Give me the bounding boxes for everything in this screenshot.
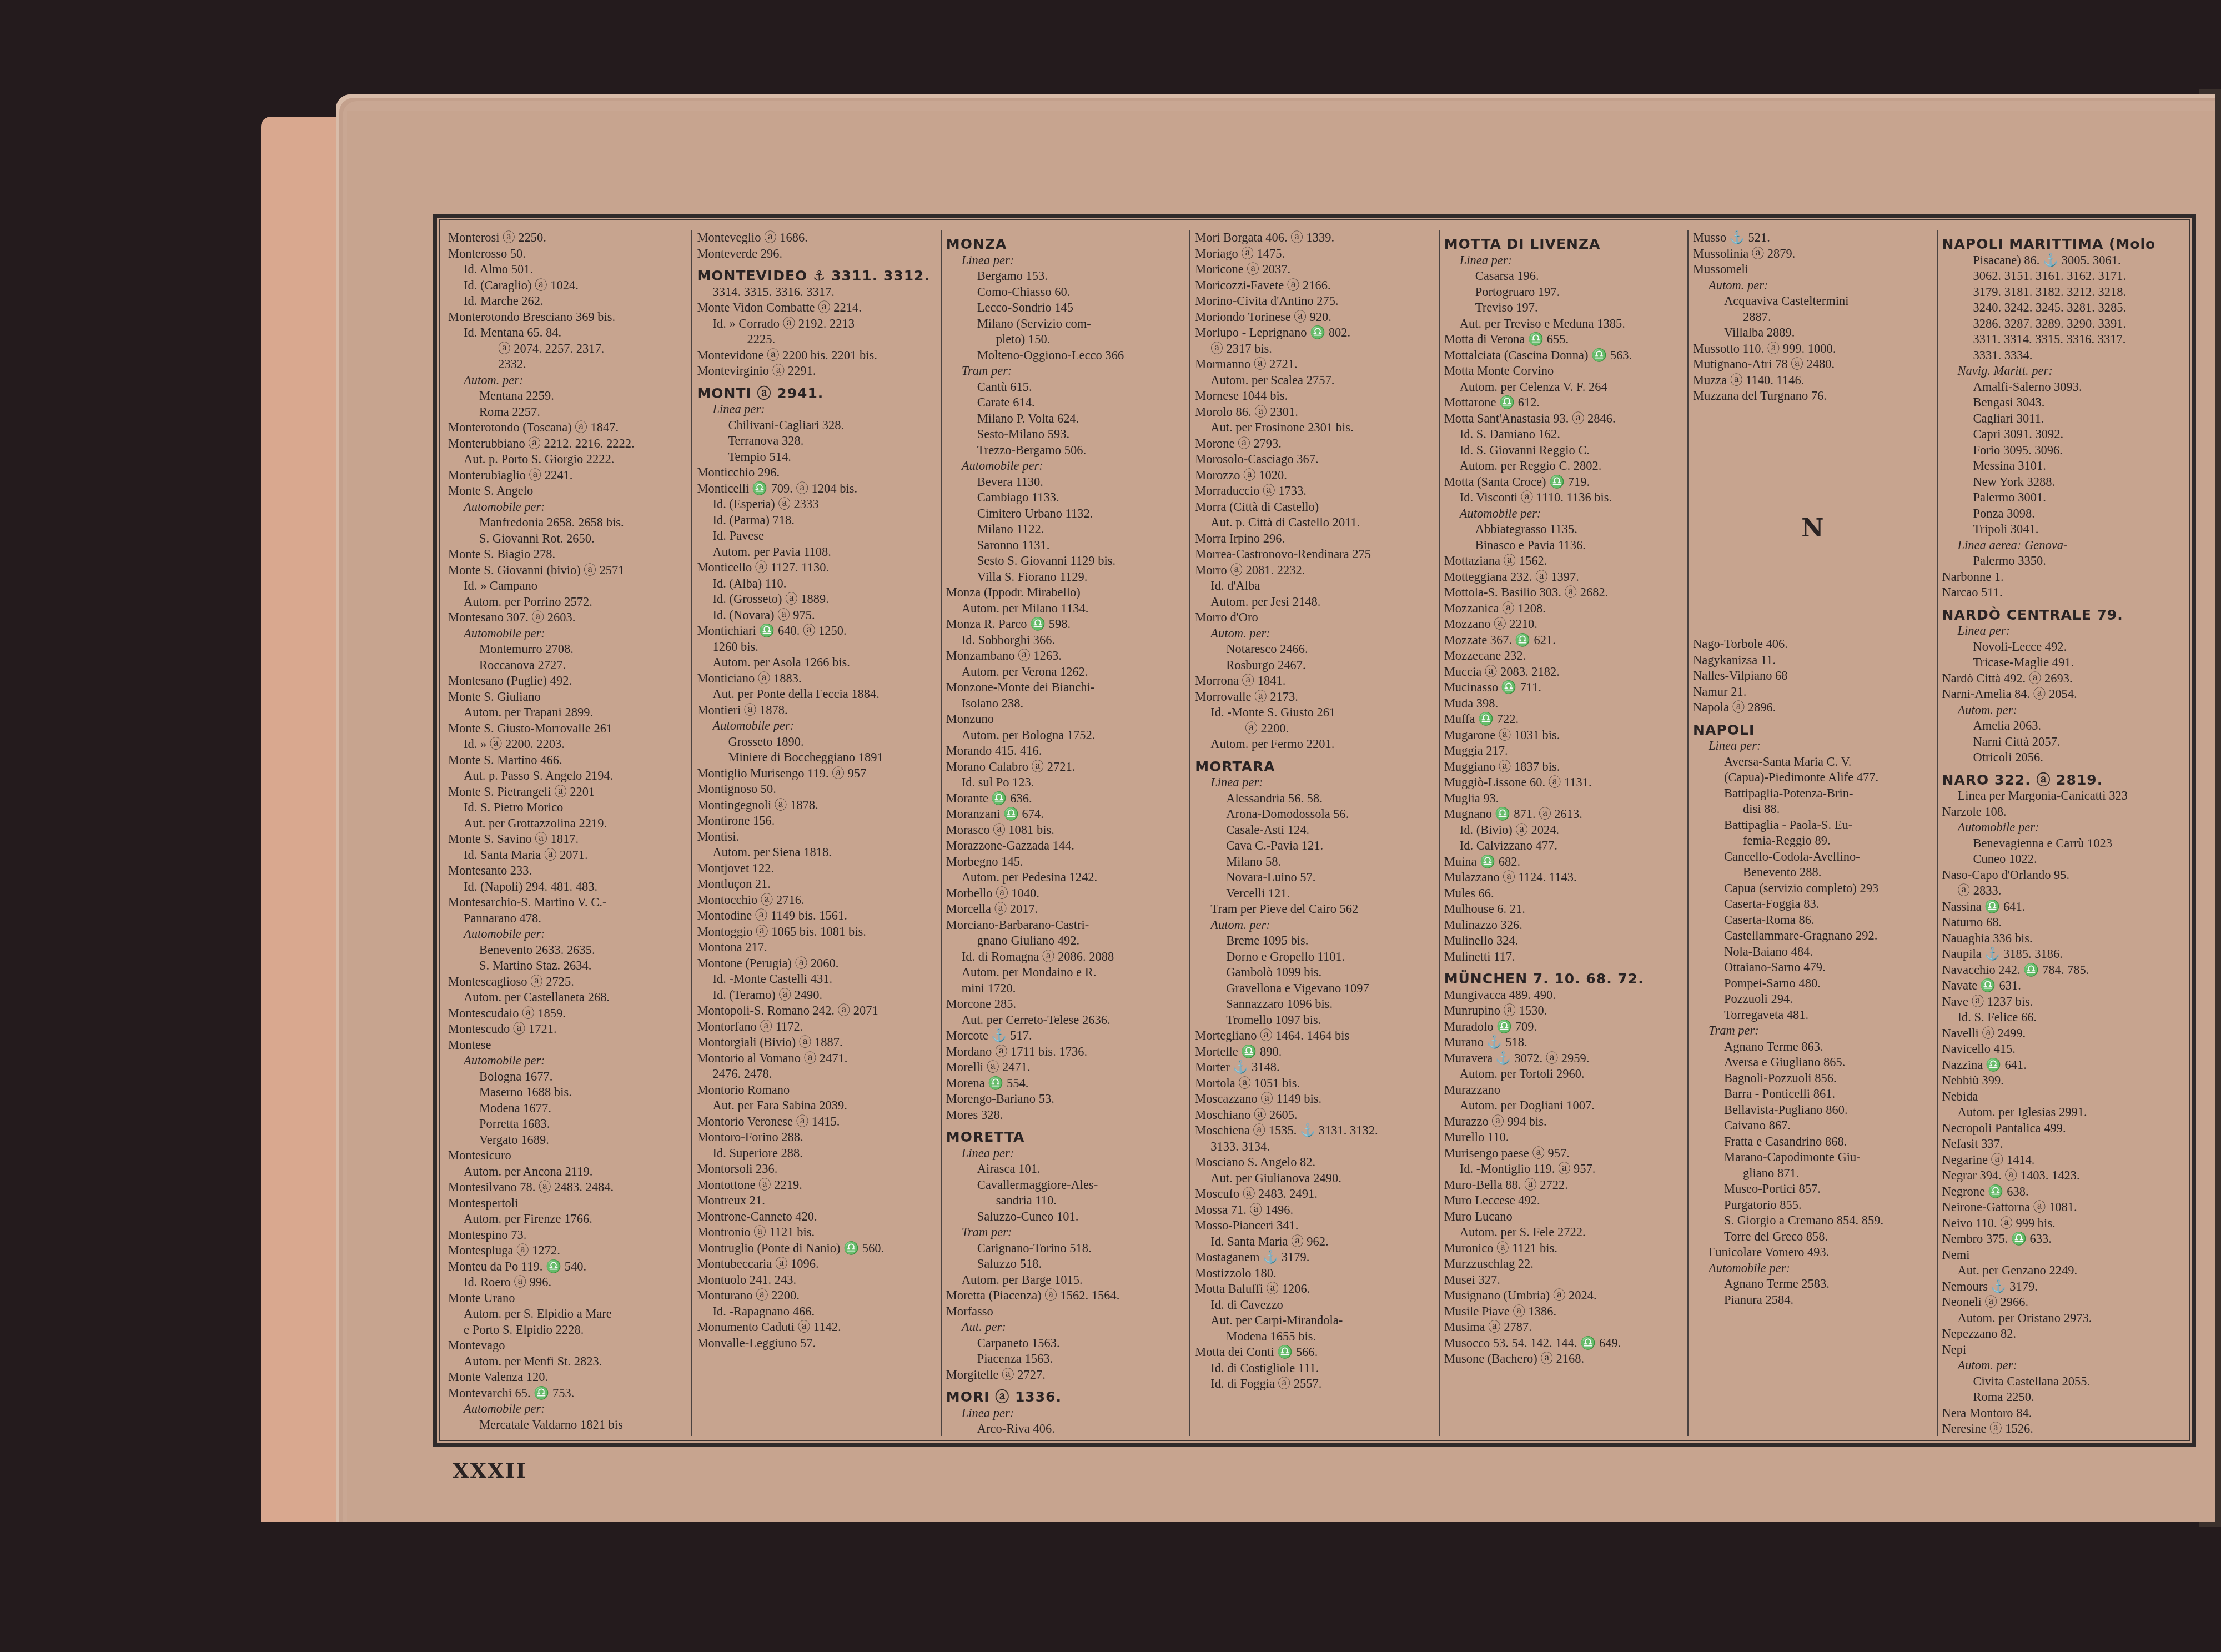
index-entry: Saluzzo 518.: [946, 1256, 1185, 1272]
index-entry: Pompei-Sarno 480.: [1693, 976, 1932, 992]
index-entry: New York 3288.: [1942, 474, 2181, 490]
index-entry: Montronio ⓐ 1121 bis.: [697, 1224, 936, 1241]
index-entry: Piacenza 1563.: [946, 1351, 1185, 1367]
index-entry: Saronno 1131.: [946, 538, 1185, 554]
index-subheading: Autom. per:: [1942, 702, 2181, 719]
index-entry: Linea per Margonia-Canicattì 323: [1942, 788, 2181, 804]
index-subheading: Automobile per:: [1693, 1261, 1932, 1277]
index-entry: Montevirginio ⓐ 2291.: [697, 363, 936, 379]
index-entry: Montorio al Vomano ⓐ 2471.: [697, 1051, 936, 1067]
index-entry: Monzone-Monte dei Bianchi-: [946, 680, 1185, 696]
index-entry: Montesicuro: [448, 1148, 687, 1164]
index-entry: Nembro 375. ♎ 633.: [1942, 1231, 2181, 1247]
index-entry: Autom. per S. Fele 2722.: [1444, 1224, 1683, 1241]
index-entry: Montoggio ⓐ 1065 bis. 1081 bis.: [697, 924, 936, 940]
index-entry: Montluçon 21.: [697, 876, 936, 892]
index-entry: Aut. p. Porto S. Giorgio 2222.: [448, 451, 687, 468]
index-entry: Notaresco 2466.: [1195, 641, 1434, 657]
index-entry: Monza R. Parco ♎ 598.: [946, 616, 1185, 632]
index-entry: Autom. per Castellaneta 268.: [448, 990, 687, 1006]
index-entry: Tricase-Maglie 491.: [1942, 655, 2181, 671]
index-entry: Autom. per S. Elpidio a Mare: [448, 1306, 687, 1322]
index-entry: Mulhouse 6. 21.: [1444, 901, 1683, 917]
index-entry: Mugarone ⓐ 1031 bis.: [1444, 727, 1683, 744]
index-entry: Montuolo 241. 243.: [697, 1272, 936, 1288]
index-entry: Montona 217.: [697, 940, 936, 956]
index-entry: Nemi: [1942, 1247, 2181, 1263]
index-heading: MONTI ⓐ 2941.: [697, 386, 936, 402]
index-entry: Musone (Bachero) ⓐ 2168.: [1444, 1351, 1683, 1367]
index-entry: Tromello 1097 bis.: [1195, 1012, 1434, 1028]
index-entry: S. Giovanni Rot. 2650.: [448, 531, 687, 547]
index-entry: Monzambano ⓐ 1263.: [946, 648, 1185, 664]
index-entry: Montesanto 233.: [448, 863, 687, 879]
column-7: NAPOLI MARITTIMA (MoloPisacane) 86. ⚓ 30…: [1938, 230, 2185, 1436]
index-entry: Vergato 1689.: [448, 1132, 687, 1148]
index-entry: Casarsa 196.: [1444, 268, 1683, 284]
index-entry: Monterosi ⓐ 2250.: [448, 230, 687, 246]
index-entry: Nepi: [1942, 1342, 2181, 1358]
index-entry: Napola ⓐ 2896.: [1693, 700, 1932, 716]
index-entry: Novara-Luino 57.: [1195, 870, 1434, 886]
index-entry: Morano Calabro ⓐ 2721.: [946, 759, 1185, 775]
index-entry: Id. sul Po 123.: [946, 775, 1185, 791]
index-entry: Musignano (Umbria) ⓐ 2024.: [1444, 1288, 1683, 1304]
index-entry: Musso ⚓ 521.: [1693, 230, 1932, 246]
index-subheading: Tram per:: [1693, 1023, 1932, 1039]
index-entry: Aut. per Giulianova 2490.: [1195, 1171, 1434, 1187]
index-entry: Autom. per Jesi 2148.: [1195, 594, 1434, 610]
index-entry: Mosciano S. Angelo 82.: [1195, 1154, 1434, 1171]
index-entry: Id. di Romagna ⓐ 2086. 2088: [946, 949, 1185, 965]
index-entry: Chilivani-Cagliari 328.: [697, 418, 936, 434]
index-entry: Id. (Novara) ⓐ 975.: [697, 607, 936, 624]
index-entry: Montruglio (Ponte di Nanio) ♎ 560.: [697, 1241, 936, 1257]
index-entry: Motteggiana 232. ⓐ 1397.: [1444, 569, 1683, 585]
index-entry: Id. Sobborghi 366.: [946, 632, 1185, 649]
index-entry: Monticchio 296.: [697, 465, 936, 481]
index-entry: Museo-Portici 857.: [1693, 1181, 1932, 1197]
index-entry: Arona-Domodossola 56.: [1195, 806, 1434, 822]
index-subheading: Navig. Maritt. per:: [1942, 363, 2181, 379]
index-entry: Mordano ⓐ 1711 bis. 1736.: [946, 1044, 1185, 1060]
index-entry: Monte S. Angelo: [448, 483, 687, 499]
index-entry: Monticiano ⓐ 1883.: [697, 671, 936, 687]
index-entry: Muina ♎ 682.: [1444, 854, 1683, 870]
index-entry: Morrona ⓐ 1841.: [1195, 673, 1434, 689]
index-entry: Carate 614.: [946, 395, 1185, 411]
index-entry: Messina 3101.: [1942, 458, 2181, 474]
index-entry: Autom. per Dogliani 1007.: [1444, 1098, 1683, 1114]
index-entry: Aut. p. Città di Castello 2011.: [1195, 515, 1434, 531]
index-entry: Id. Visconti ⓐ 1110. 1136 bis.: [1444, 490, 1683, 506]
index-entry: Forio 3095. 3096.: [1942, 443, 2181, 459]
index-entry: Bevera 1130.: [946, 474, 1185, 490]
index-entry: Agnano Terme 2583.: [1693, 1276, 1932, 1292]
index-entry: Autom. per Menfi St. 2823.: [448, 1354, 687, 1370]
index-entry: Monumento Caduti ⓐ 1142.: [697, 1319, 936, 1335]
index-entry: Ottaiano-Sarno 479.: [1693, 960, 1932, 976]
index-entry: Montignoso 50.: [697, 781, 936, 797]
index-entry: 3179. 3181. 3182. 3212. 3218.: [1942, 284, 2181, 300]
index-entry: Narcao 511.: [1942, 585, 2181, 601]
index-entry: Id. S. Felice 66.: [1942, 1010, 2181, 1026]
index-entry: Cantù 615.: [946, 379, 1185, 395]
column-5: MOTTA DI LIVENZALinea per:Casarsa 196.Po…: [1440, 230, 1689, 1436]
index-entry: Id. di Foggia ⓐ 2557.: [1195, 1376, 1434, 1392]
index-entry: Como-Chiasso 60.: [946, 284, 1185, 300]
index-entry: Pianura 2584.: [1693, 1292, 1932, 1308]
index-entry: Moretta (Piacenza) ⓐ 1562. 1564.: [946, 1288, 1185, 1304]
index-entry: Cagliari 3011.: [1942, 411, 2181, 427]
index-entry: Motta di Verona ♎ 655.: [1444, 332, 1683, 348]
index-entry: Mostizzolo 180.: [1195, 1266, 1434, 1282]
index-entry: Morbello ⓐ 1040.: [946, 886, 1185, 902]
index-entry: Bengasi 3043.: [1942, 395, 2181, 411]
index-entry: Agnano Terme 863.: [1693, 1039, 1932, 1055]
index-entry: Montorfano ⓐ 1172.: [697, 1019, 936, 1035]
index-heading: NARO 322. ⓐ 2819.: [1942, 772, 2181, 789]
index-subheading: Autom. per:: [1195, 917, 1434, 933]
index-entry: 1260 bis.: [697, 639, 936, 655]
index-subheading: Tram per:: [946, 1224, 1185, 1241]
index-entry: Nauaghia 336 bis.: [1942, 931, 2181, 947]
index-entry: Mucinasso ♎ 711.: [1444, 680, 1683, 696]
index-entry: Naso-Capo d'Orlando 95.: [1942, 867, 2181, 883]
page-number: XXXII: [453, 1458, 527, 1483]
index-entry: Id. S. Giovanni Reggio C.: [1444, 443, 1683, 459]
index-entry: Villa S. Fiorano 1129.: [946, 569, 1185, 585]
index-subheading: Autom. per:: [1195, 626, 1434, 642]
index-heading: MOTTA DI LIVENZA: [1444, 237, 1683, 253]
index-entry: Milano (Servizio com-: [946, 316, 1185, 332]
index-entry: Montone (Perugia) ⓐ 2060.: [697, 956, 936, 972]
index-entry: Milano 58.: [1195, 854, 1434, 870]
index-entry: Aut. per Genzano 2249.: [1942, 1263, 2181, 1279]
index-entry: 3133. 3134.: [1195, 1139, 1434, 1155]
index-entry: Castellammare-Gragnano 292.: [1693, 928, 1932, 944]
index-entry: Morro ⓐ 2081. 2232.: [1195, 563, 1434, 579]
index-entry: Capri 3091. 3092.: [1942, 426, 2181, 443]
index-entry: Binasco e Pavia 1136.: [1444, 538, 1683, 554]
index-entry: Montodine ⓐ 1149 bis. 1561.: [697, 908, 936, 924]
index-entry: Monterosso 50.: [448, 246, 687, 262]
index-entry: Morosolo-Casciago 367.: [1195, 451, 1434, 468]
index-entry: Aut. per Carpi-Mirandola-: [1195, 1313, 1434, 1329]
index-entry: Funicolare Vomero 493.: [1693, 1244, 1932, 1261]
index-entry: Montespino 73.: [448, 1227, 687, 1243]
index-entry: Muglia 93.: [1444, 791, 1683, 807]
index-entry: Morcote ⚓ 517.: [946, 1028, 1185, 1044]
index-entry: Otricoli 2056.: [1942, 750, 2181, 766]
index-entry: Caserta-Roma 86.: [1693, 912, 1932, 928]
index-entry: Navate ♎ 631.: [1942, 978, 2181, 994]
index-entry: Narbonne 1.: [1942, 569, 2181, 585]
index-subheading: Automobile per:: [946, 458, 1185, 474]
index-entry: Murisengo paese ⓐ 957.: [1444, 1146, 1683, 1162]
index-entry: Id. (Esperia) ⓐ 2333: [697, 496, 936, 513]
index-entry: Montorsoli 236.: [697, 1161, 936, 1177]
index-entry: disi 88.: [1693, 801, 1932, 817]
index-subheading: Linea per:: [1444, 253, 1683, 269]
index-entry: Autom. per Fermo 2201.: [1195, 736, 1434, 752]
index-entry: Negrone ♎ 638.: [1942, 1184, 2181, 1200]
index-entry: Civita Castellana 2055.: [1942, 1374, 2181, 1390]
index-entry: Torre del Greco 858.: [1693, 1229, 1932, 1245]
index-entry: Montesano (Puglie) 492.: [448, 673, 687, 689]
index-heading: MONZA: [946, 237, 1185, 253]
index-entry: Moscufo ⓐ 2483. 2491.: [1195, 1186, 1434, 1202]
index-entry: Autom. per Trapani 2899.: [448, 705, 687, 721]
index-entry: Montespertoli: [448, 1196, 687, 1212]
index-subheading: Autom. per:: [1693, 278, 1932, 294]
index-entry: Id. Mentana 65. 84.: [448, 325, 687, 341]
index-entry: Autom. per Siena 1818.: [697, 845, 936, 861]
index-entry: Muro-Bella 88. ⓐ 2722.: [1444, 1177, 1683, 1193]
index-entry: Portogruaro 197.: [1444, 284, 1683, 300]
index-entry: Manfredonia 2658. 2658 bis.: [448, 515, 687, 531]
index-entry: Mercatale Valdarno 1821 bis: [448, 1417, 687, 1433]
index-entry: Monteu da Po 119. ♎ 540.: [448, 1259, 687, 1275]
index-entry: Id. » ⓐ 2200. 2203.: [448, 736, 687, 752]
index-entry: Neoneli ⓐ 2966.: [1942, 1294, 2181, 1310]
index-entry: Morfasso: [946, 1304, 1185, 1320]
index-entry: Morraduccio ⓐ 1733.: [1195, 483, 1434, 499]
index-entry: Moschiano ⓐ 2605.: [1195, 1107, 1434, 1123]
index-entry: Gravellona e Vigevano 1097: [1195, 981, 1434, 997]
index-entry: Monte S. Biagio 278.: [448, 546, 687, 563]
index-entry: Modena 1677.: [448, 1101, 687, 1117]
index-entry: Monte S. Giusto-Morrovalle 261: [448, 721, 687, 737]
index-entry: Morrovalle ⓐ 2173.: [1195, 689, 1434, 705]
index-entry: Necropoli Pantalica 499.: [1942, 1121, 2181, 1137]
index-entry: Cava C.-Pavia 121.: [1195, 838, 1434, 854]
index-heading: MORTARA: [1195, 759, 1434, 775]
index-entry: Mussomeli: [1693, 262, 1932, 278]
index-entry: Montichiari ♎ 640. ⓐ 1250.: [697, 623, 936, 639]
index-entry: Monte Valenza 120.: [448, 1369, 687, 1385]
index-entry: 2476. 2478.: [697, 1066, 936, 1082]
index-entry: Miniere di Boccheggiano 1891: [697, 750, 936, 766]
index-entry: Mozzano ⓐ 2210.: [1444, 616, 1683, 632]
index-entry: Fratta e Casandrino 868.: [1693, 1134, 1932, 1150]
index-entry: Amelia 2063.: [1942, 718, 2181, 734]
index-entry: Morino-Civita d'Antino 275.: [1195, 293, 1434, 309]
index-entry: Autom. per Ancona 2119.: [448, 1164, 687, 1180]
index-entry: Montiglio Murisengo 119. ⓐ 957: [697, 766, 936, 782]
index-entry: Id. (Caraglio) ⓐ 1024.: [448, 278, 687, 294]
index-columns: Monterosi ⓐ 2250.Monterosso 50.Id. Almo …: [444, 230, 2185, 1436]
index-entry: Id. (Grosseto) ⓐ 1889.: [697, 591, 936, 607]
index-subheading: Linea per:: [1693, 738, 1932, 754]
index-entry: Motta (Santa Croce) ♎ 719.: [1444, 474, 1683, 490]
index-entry: Murazzano: [1444, 1082, 1683, 1098]
index-entry: Morena ♎ 554.: [946, 1076, 1185, 1092]
index-entry: Navicello 415.: [1942, 1041, 2181, 1057]
index-entry: Dorno e Gropello 1101.: [1195, 949, 1434, 965]
index-entry: Id. » Campano: [448, 578, 687, 594]
index-entry: Muda 398.: [1444, 696, 1683, 712]
index-entry: Montevarchi 65. ♎ 753.: [448, 1385, 687, 1402]
index-entry: Autom. per Celenza V. F. 264: [1444, 379, 1683, 395]
index-entry: Caivano 867.: [1693, 1118, 1932, 1134]
index-entry: Navelli ⓐ 2499.: [1942, 1026, 2181, 1042]
index-entry: Mostaganem ⚓ 3179.: [1195, 1249, 1434, 1266]
index-entry: Autom. per Milano 1134.: [946, 601, 1185, 617]
index-entry: Autom. per Mondaino e R.: [946, 965, 1185, 981]
index-entry: Marano-Capodimonte Giu-: [1693, 1149, 1932, 1166]
index-entry: Saluzzo-Cuneo 101.: [946, 1209, 1185, 1225]
index-entry: Mottalciata (Cascina Donna) ♎ 563.: [1444, 348, 1683, 364]
index-entry: Moschiena ⓐ 1535. ⚓ 3131. 3132.: [1195, 1123, 1434, 1139]
index-entry: Mottola-S. Basilio 303. ⓐ 2682.: [1444, 585, 1683, 601]
index-entry: Montrone-Canneto 420.: [697, 1209, 936, 1225]
index-entry: Breme 1095 bis.: [1195, 933, 1434, 949]
index-entry: Negrar 394. ⓐ 1403. 1423.: [1942, 1168, 2181, 1184]
index-entry: Tempio 514.: [697, 449, 936, 465]
index-entry: Monterubbiano ⓐ 2212. 2216. 2222.: [448, 436, 687, 452]
index-entry: Montubeccaria ⓐ 1096.: [697, 1256, 936, 1272]
index-entry: ⓐ 2833.: [1942, 883, 2181, 899]
index-entry: Id. di Costigliole 111.: [1195, 1360, 1434, 1377]
index-entry: Morolo 86. ⓐ 2301.: [1195, 404, 1434, 420]
index-entry: Mungivacca 489. 490.: [1444, 987, 1683, 1003]
index-entry: 3286. 3287. 3289. 3290. 3391.: [1942, 316, 2181, 332]
index-entry: Siena 1820.: [448, 1433, 687, 1436]
index-entry: Carpaneto 1563.: [946, 1335, 1185, 1352]
index-entry: Morbegno 145.: [946, 854, 1185, 870]
index-entry: Modena 1655 bis.: [1195, 1329, 1434, 1345]
index-entry: Morasco ⓐ 1081 bis.: [946, 822, 1185, 838]
index-entry: Capua (servizio completo) 293: [1693, 881, 1932, 897]
index-entry: Mortola ⓐ 1051 bis.: [1195, 1076, 1434, 1092]
index-entry: Villalba 2889.: [1693, 325, 1932, 341]
index-entry: Montorgiali (Bivio) ⓐ 1887.: [697, 1035, 936, 1051]
index-entry: Neivo 110. ⓐ 999 bis.: [1942, 1216, 2181, 1232]
index-entry: Montescudaio ⓐ 1859.: [448, 1006, 687, 1022]
index-entry: Montreux 21.: [697, 1193, 936, 1209]
index-subheading: Linea per:: [946, 1146, 1185, 1162]
index-subheading: Automobile per:: [448, 499, 687, 515]
index-entry: Navacchio 242. ♎ 784. 785.: [1942, 962, 2181, 978]
index-entry: Motta Monte Corvino: [1444, 363, 1683, 379]
index-entry: e Porto S. Elpidio 2228.: [448, 1322, 687, 1338]
index-subheading: Linea per:: [1195, 775, 1434, 791]
index-entry: Amalfi-Salerno 3093.: [1942, 379, 2181, 395]
index-entry: 2225.: [697, 332, 936, 348]
index-entry: Monturano ⓐ 2200.: [697, 1288, 936, 1304]
index-entry: 2332.: [448, 356, 687, 373]
index-entry: Mormanno ⓐ 2721.: [1195, 356, 1434, 373]
column-3: MONZALinea per:Bergamo 153.Como-Chiasso …: [942, 230, 1190, 1436]
index-entry: Motta Sant'Anastasia 93. ⓐ 2846.: [1444, 411, 1683, 427]
index-entry: Battipaglia - Paola-S. Eu-: [1693, 817, 1932, 833]
index-entry: Mosso-Pianceri 341.: [1195, 1218, 1434, 1234]
index-entry: (Capua)-Piedimonte Alife 477.: [1693, 770, 1932, 786]
index-heading: MORETTA: [946, 1129, 1185, 1146]
index-entry: Barra - Ponticelli 861.: [1693, 1086, 1932, 1102]
index-entry: Morra Irpino 296.: [1195, 531, 1434, 547]
index-entry: Mottaziana ⓐ 1562.: [1444, 553, 1683, 569]
index-entry: Mulinazzo 326.: [1444, 917, 1683, 933]
index-entry: Autom. per Pavia 1108.: [697, 544, 936, 560]
index-entry: Nassina ♎ 641.: [1942, 899, 2181, 915]
index-subheading: Automobile per:: [448, 926, 687, 942]
index-entry: Id. -Monte S. Giusto 261: [1195, 705, 1434, 721]
index-entry: Roma 2257.: [448, 404, 687, 420]
index-entry: Moscazzano ⓐ 1149 bis.: [1195, 1091, 1434, 1107]
index-entry: Montesano 307. ⓐ 2603.: [448, 610, 687, 626]
index-entry: Aut. per Fara Sabina 2039.: [697, 1098, 936, 1114]
index-entry: Mulinello 324.: [1444, 933, 1683, 949]
index-entry: Autom. per Iglesias 2991.: [1942, 1104, 2181, 1121]
index-entry: Id. Santa Maria ⓐ 2071.: [448, 847, 687, 863]
index-entry: pleto) 150.: [946, 332, 1185, 348]
index-entry: Caserta-Foggia 83.: [1693, 896, 1932, 912]
index-entry: Morengo-Bariano 53.: [946, 1091, 1185, 1107]
index-entry: Musei 327.: [1444, 1272, 1683, 1288]
index-entry: Benevento 288.: [1693, 865, 1932, 881]
index-entry: Id. -Monte Castelli 431.: [697, 971, 936, 987]
index-entry: Morrea-Castronovo-Rendinara 275: [1195, 546, 1434, 563]
index-entry: Musile Piave ⓐ 1386.: [1444, 1304, 1683, 1320]
index-entry: Mortelle ♎ 890.: [1195, 1044, 1434, 1060]
index-entry: Autom. per Barge 1015.: [946, 1272, 1185, 1288]
index-entry: Murazzo ⓐ 994 bis.: [1444, 1114, 1683, 1130]
index-entry: Terranova 328.: [697, 433, 936, 449]
index-entry: Roma 2250.: [1942, 1389, 2181, 1405]
index-entry: Pannarano 478.: [448, 911, 687, 927]
index-entry: Morgitelle ⓐ 2727.: [946, 1367, 1185, 1383]
index-entry: Morter ⚓ 3148.: [1195, 1060, 1434, 1076]
index-entry: Mussotto 110. ⓐ 999. 1000.: [1693, 341, 1932, 357]
index-heading: MORI ⓐ 1336.: [946, 1389, 1185, 1405]
index-entry: Muffa ♎ 722.: [1444, 711, 1683, 727]
index-entry: Cambiago 1133.: [946, 490, 1185, 506]
index-entry: Nola-Baiano 484.: [1693, 944, 1932, 960]
index-entry: Muro Lucano: [1444, 1209, 1683, 1225]
index-entry: gliano 871.: [1693, 1166, 1932, 1182]
index-entry: Montjovet 122.: [697, 861, 936, 877]
index-entry: Bergamo 153.: [946, 268, 1185, 284]
index-entry: Autom. per Tortoli 2960.: [1444, 1066, 1683, 1082]
index-entry: Monticello ⓐ 1127. 1130.: [697, 560, 936, 576]
index-entry: Morcella ⓐ 2017.: [946, 901, 1185, 917]
index-entry: Novoli-Lecce 492.: [1942, 639, 2181, 655]
index-entry: Monzuno: [946, 711, 1185, 727]
index-entry: Munrupino ⓐ 1530.: [1444, 1003, 1683, 1019]
index-entry: Moricone ⓐ 2037.: [1195, 262, 1434, 278]
index-entry: Mori Borgata 406. ⓐ 1339.: [1195, 230, 1434, 246]
index-entry: Id. (Parma) 718.: [697, 513, 936, 529]
index-entry: Murello 110.: [1444, 1129, 1683, 1146]
index-entry: Sannazzaro 1096 bis.: [1195, 996, 1434, 1012]
index-subheading: Automobile per:: [697, 718, 936, 734]
index-entry: Aut. per Cerreto-Telese 2636.: [946, 1012, 1185, 1028]
index-entry: Muravera ⚓ 3072. ⓐ 2959.: [1444, 1051, 1683, 1067]
index-entry: Morlupo - Leprignano ♎ 802.: [1195, 325, 1434, 341]
index-entry: Nemours ⚓ 3179.: [1942, 1279, 2181, 1295]
index-entry: Mozzecane 232.: [1444, 648, 1683, 664]
index-entry: Neirone-Gattorna ⓐ 1081.: [1942, 1199, 2181, 1216]
index-entry: Nago-Torbole 406.: [1693, 636, 1932, 652]
index-entry: Morando 415. 416.: [946, 743, 1185, 759]
index-entry: Sesto S. Giovanni 1129 bis.: [946, 553, 1185, 569]
index-entry: Ponza 3098.: [1942, 506, 2181, 522]
index-entry: Pisacane) 86. ⚓ 3005. 3061.: [1942, 253, 2181, 269]
index-entry: Grosseto 1890.: [697, 734, 936, 750]
index-entry: femia-Reggio 89.: [1693, 833, 1932, 849]
